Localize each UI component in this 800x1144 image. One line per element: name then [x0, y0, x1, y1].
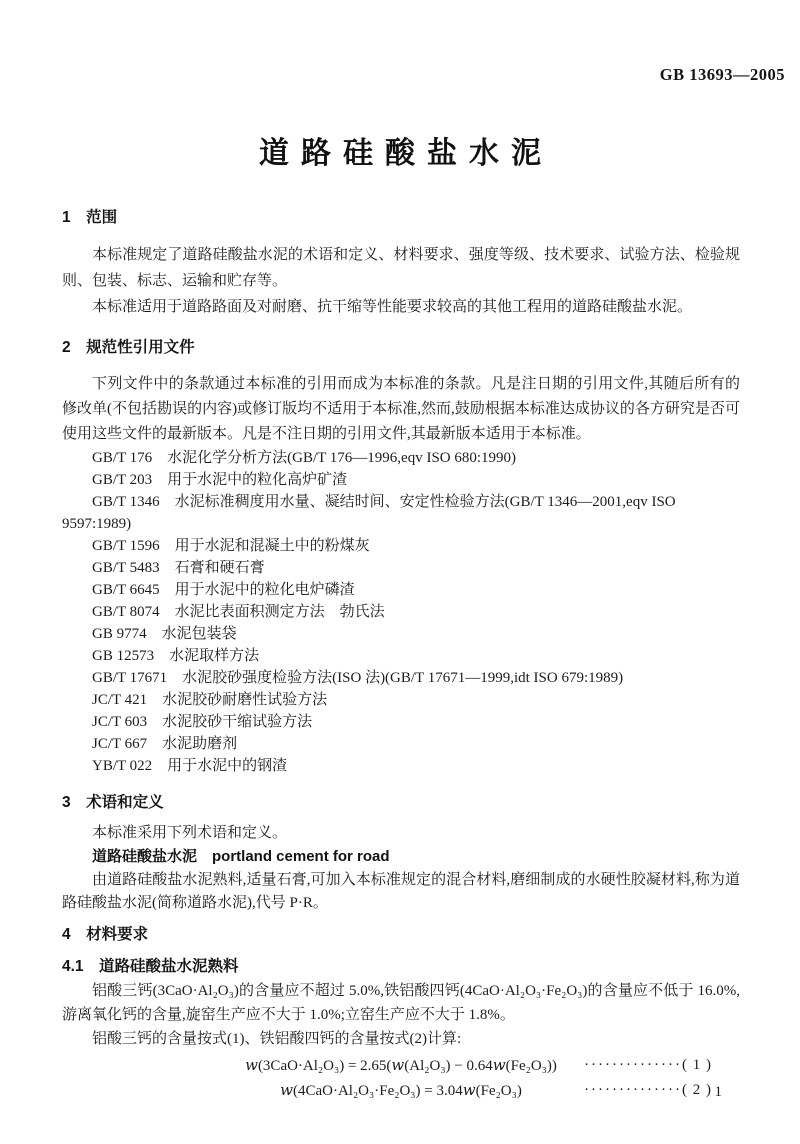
- reference-item: GB 12573 水泥取样方法: [62, 645, 740, 667]
- page-number: 1: [715, 1084, 723, 1101]
- equation-number: ( 2 ): [682, 1082, 712, 1098]
- term-line: 道路硅酸盐水泥portland cement for road: [62, 845, 740, 869]
- dot-leader: ··············: [584, 1057, 682, 1073]
- formula-intro-paragraph: 铝酸三钙的含量按式(1)、铁铝酸四钙的含量按式(2)计算:: [62, 1027, 740, 1051]
- formula-2-expression: w(4CaO·Al₂O₃·Fe₂O₃) = 3.04w(Fe₂O₃): [280, 1078, 522, 1104]
- reference-item: GB/T 176 水泥化学分析方法(GB/T 176—1996,eqv ISO …: [62, 447, 740, 469]
- reference-item: GB/T 203 用于水泥中的粒化高炉矿渣: [62, 469, 740, 491]
- formula-variable: w: [463, 1081, 476, 1099]
- reference-item: GB 9774 水泥包装袋: [62, 623, 740, 645]
- formula-variable: w: [391, 1056, 404, 1074]
- normative-references-heading: 2 规范性引用文件: [62, 336, 740, 360]
- formula-variable: w: [245, 1056, 258, 1074]
- reference-item: JC/T 667 水泥助磨剂: [62, 733, 740, 755]
- formula-text: (Fe₂O₃): [476, 1083, 522, 1099]
- standard-code: GB 13693—2005: [0, 64, 800, 86]
- reference-item: GB/T 1346 水泥标准稠度用水量、凝结时间、安定性检验方法(GB/T 13…: [62, 491, 740, 535]
- formula-2-number: ··············( 2 ): [584, 1078, 712, 1103]
- dot-leader: ··············: [584, 1082, 682, 1098]
- scope-paragraph-1: 本标准规定了道路硅酸盐水泥的术语和定义、材料要求、强度等级、技术要求、试验方法、…: [62, 242, 740, 294]
- formula-text: (Fe₂O₃)): [506, 1058, 557, 1074]
- formula-variable: w: [280, 1081, 293, 1099]
- formula-2: w(4CaO·Al₂O₃·Fe₂O₃) = 3.04w(Fe₂O₃) ·····…: [62, 1078, 740, 1103]
- scope-paragraph-2: 本标准适用于道路路面及对耐磨、抗干缩等性能要求较高的其他工程用的道路硅酸盐水泥。: [62, 294, 740, 320]
- reference-item: YB/T 022 用于水泥中的钢渣: [62, 755, 740, 777]
- term-english: portland cement for road: [212, 848, 390, 865]
- formula-1-expression: w(3CaO·Al₂O₃) = 2.65(w(Al₂O₃) − 0.64w(Fe…: [245, 1053, 557, 1079]
- formula-block: w(3CaO·Al₂O₃) = 2.65(w(Al₂O₃) − 0.64w(Fe…: [62, 1053, 740, 1103]
- reference-item: GB/T 8074 水泥比表面积测定方法 勃氏法: [62, 601, 740, 623]
- reference-item: GB/T 6645 用于水泥中的粒化电炉磷渣: [62, 579, 740, 601]
- reference-item: GB/T 17671 水泥胶砂强度检验方法(ISO 法)(GB/T 17671—…: [62, 667, 740, 689]
- normative-references-intro: 下列文件中的条款通过本标准的引用而成为本标准的条款。凡是注日期的引用文件,其随后…: [62, 372, 740, 447]
- clinker-paragraph: 铝酸三钙(3CaO·Al₂O₃)的含量应不超过 5.0%,铁铝酸四钙(4CaO·…: [62, 979, 740, 1027]
- standard-document-page: GB 13693—2005 道路硅酸盐水泥 1 范围 本标准规定了道路硅酸盐水泥…: [0, 0, 800, 1144]
- equation-number: ( 1 ): [682, 1057, 712, 1073]
- formula-1: w(3CaO·Al₂O₃) = 2.65(w(Al₂O₃) − 0.64w(Fe…: [62, 1053, 740, 1078]
- formula-variable: w: [493, 1056, 506, 1074]
- scope-heading: 1 范围: [62, 206, 740, 230]
- term-chinese: 道路硅酸盐水泥: [92, 848, 197, 865]
- document-body: 1 范围 本标准规定了道路硅酸盐水泥的术语和定义、材料要求、强度等级、技术要求、…: [0, 206, 800, 1103]
- reference-item: JC/T 603 水泥胶砂干缩试验方法: [62, 711, 740, 733]
- reference-list: GB/T 176 水泥化学分析方法(GB/T 176—1996,eqv ISO …: [62, 447, 740, 777]
- terms-heading: 3 术语和定义: [62, 791, 740, 815]
- formula-text: (4CaO·Al₂O₃·Fe₂O₃) = 3.04: [293, 1083, 463, 1099]
- formula-text: (3CaO·Al₂O₃) = 2.65(: [258, 1058, 391, 1074]
- materials-heading: 4 材料要求: [62, 923, 740, 947]
- formula-1-number: ··············( 1 ): [584, 1053, 712, 1078]
- term-definition: 由道路硅酸盐水泥熟料,适量石膏,可加入本标准规定的混合材料,磨细制成的水硬性胶凝…: [62, 869, 740, 915]
- formula-text: (Al₂O₃) − 0.64: [404, 1058, 493, 1074]
- document-title: 道路硅酸盐水泥: [0, 134, 800, 174]
- terms-intro: 本标准采用下列术语和定义。: [62, 821, 740, 845]
- reference-item: GB/T 5483 石膏和硬石膏: [62, 557, 740, 579]
- materials-subheading: 4.1 道路硅酸盐水泥熟料: [62, 955, 740, 979]
- reference-item: JC/T 421 水泥胶砂耐磨性试验方法: [62, 689, 740, 711]
- reference-item: GB/T 1596 用于水泥和混凝土中的粉煤灰: [62, 535, 740, 557]
